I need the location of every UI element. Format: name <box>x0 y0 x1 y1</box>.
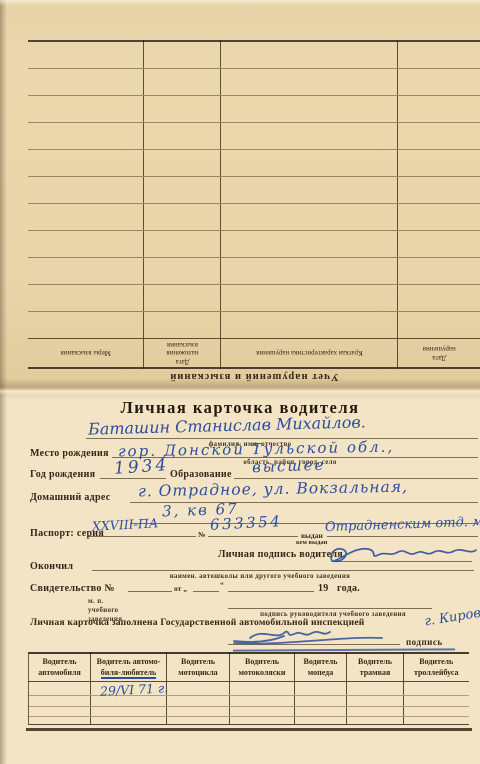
empty-cell <box>221 231 398 258</box>
empty-cell <box>167 696 230 707</box>
empty-cell <box>28 177 144 204</box>
empty-cell <box>29 717 91 725</box>
empty-cell <box>144 96 221 123</box>
empty-cell <box>230 717 295 725</box>
empty-cell <box>28 285 144 312</box>
licenses-header-row: Водительавтомобиля Водитель автомо-биля-… <box>29 653 469 682</box>
empty-cell <box>167 707 230 717</box>
empty-cell <box>404 682 469 696</box>
license-col-line2: биля-любитель <box>101 668 157 679</box>
sign-hint: подпись <box>406 637 443 647</box>
empty-cell <box>167 682 230 696</box>
ruled-line <box>327 536 478 537</box>
ruled-line <box>208 536 298 537</box>
license-col-header: Водительмотоцикла <box>167 653 230 682</box>
license-col-header: Водительавтомобиля <box>29 653 91 682</box>
empty-cell <box>230 696 295 707</box>
empty-row <box>28 204 480 231</box>
passport-issued-handwriting: Отрадненским отд. мил. <box>325 514 480 535</box>
empty-row <box>28 285 480 312</box>
empty-cell <box>221 123 398 150</box>
empty-row <box>28 41 480 69</box>
license-col-header: Водительмопеда <box>295 653 347 682</box>
license-col-line1: Водитель <box>304 657 338 666</box>
empty-row <box>29 696 469 707</box>
pen-stroke <box>233 648 455 651</box>
license-col-header: Водитель автомо-биля-любитель <box>91 653 167 682</box>
license-col-line2: мотоцикла <box>178 668 217 677</box>
empty-cell <box>28 150 144 177</box>
empty-cell <box>28 312 144 339</box>
violations-section: Учет нарушений и взысканий Дата нарушени… <box>0 6 480 384</box>
license-col-line1: Водитель автомо- <box>97 657 161 666</box>
ruled-line <box>228 608 432 609</box>
empty-row <box>28 231 480 258</box>
license-col-line2: мотоколяски <box>238 668 285 677</box>
birthyear-label: Год рождения <box>30 469 95 480</box>
empty-cell <box>144 177 221 204</box>
passport-number-handwriting: 633354 <box>210 512 283 534</box>
certificate-close-quote: “ <box>220 580 224 589</box>
birthplace-label: Место рождения <box>30 448 109 459</box>
empty-cell <box>230 707 295 717</box>
empty-cell <box>221 258 398 285</box>
license-col-header: Водительтроллейбуса <box>404 653 469 682</box>
license-col-header: Водительмотоколяски <box>230 653 295 682</box>
empty-cell <box>398 69 480 96</box>
empty-cell <box>221 312 398 339</box>
empty-cell <box>230 682 295 696</box>
driver-signature <box>326 540 478 568</box>
violations-col-header: Меры взыскания <box>28 339 144 369</box>
empty-cell <box>167 717 230 725</box>
empty-cell <box>28 258 144 285</box>
empty-cell <box>404 707 469 717</box>
license-col-line1: Водитель <box>419 657 453 666</box>
certificate-year-prefix: 19 <box>318 583 329 594</box>
licenses-tbody <box>29 682 469 725</box>
certificate-year-suffix: года. <box>337 583 360 594</box>
ruled-line <box>128 591 172 592</box>
passport-no-label: № <box>198 530 206 539</box>
empty-row <box>28 150 480 177</box>
empty-cell <box>28 41 144 69</box>
violations-tbody <box>28 41 480 339</box>
empty-cell <box>28 96 144 123</box>
empty-cell <box>404 717 469 725</box>
ruled-line <box>193 591 219 592</box>
birthyear-handwriting: 1934 <box>113 455 170 479</box>
empty-cell <box>144 285 221 312</box>
finished-label: Окончил <box>30 561 73 572</box>
license-col-header: Водительтрамвая <box>347 653 404 682</box>
filled-city-handwriting: г. Кировска. <box>423 602 480 630</box>
empty-cell <box>347 682 404 696</box>
license-col-line2: троллейбуса <box>414 668 459 677</box>
empty-cell <box>144 231 221 258</box>
ruled-line <box>100 478 166 479</box>
empty-cell <box>398 258 480 285</box>
empty-cell <box>221 204 398 231</box>
empty-cell <box>398 204 480 231</box>
empty-cell <box>404 696 469 707</box>
empty-cell <box>347 717 404 725</box>
empty-cell <box>221 150 398 177</box>
empty-cell <box>28 204 144 231</box>
empty-row <box>28 312 480 339</box>
empty-cell <box>221 69 398 96</box>
license-col-line1: Водитель <box>358 657 392 666</box>
education-label: Образование <box>170 469 232 480</box>
empty-cell <box>144 123 221 150</box>
empty-cell <box>221 285 398 312</box>
empty-row <box>28 177 480 204</box>
empty-cell <box>295 696 347 707</box>
empty-cell <box>398 312 480 339</box>
license-col-line1: Водитель <box>43 657 77 666</box>
empty-cell <box>221 96 398 123</box>
empty-cell <box>144 258 221 285</box>
address-label: Домашний адрес <box>30 492 110 503</box>
certificate-from-label: от „ <box>174 584 187 593</box>
empty-cell <box>398 231 480 258</box>
empty-cell <box>28 123 144 150</box>
certificate-label: Свидетельство № <box>30 583 115 594</box>
empty-row <box>28 123 480 150</box>
empty-cell <box>398 96 480 123</box>
empty-cell <box>91 707 167 717</box>
licenses-table: Водительавтомобиля Водитель автомо-биля-… <box>28 652 469 725</box>
empty-cell <box>144 69 221 96</box>
passport-series-handwriting: XXVIII-ПА <box>92 515 159 533</box>
empty-row <box>28 69 480 96</box>
empty-cell <box>144 312 221 339</box>
empty-row <box>29 707 469 717</box>
violations-table: Дата нарушения Краткая характеристика на… <box>28 40 480 369</box>
violations-header-row: Дата нарушения Краткая характеристика на… <box>28 339 480 369</box>
empty-cell <box>221 177 398 204</box>
education-handwriting: высшее <box>252 456 326 477</box>
empty-row <box>29 717 469 725</box>
empty-cell <box>144 41 221 69</box>
empty-cell <box>347 696 404 707</box>
empty-row <box>28 96 480 123</box>
violations-col-header: Краткая характеристика нарушения <box>221 339 398 369</box>
license-col-line2: трамвая <box>360 668 391 677</box>
violations-col-header: Дата нарушения <box>398 339 480 369</box>
empty-cell <box>221 41 398 69</box>
empty-cell <box>144 204 221 231</box>
license-col-line1: Водитель <box>245 657 279 666</box>
ruled-line <box>88 536 196 537</box>
empty-cell <box>398 285 480 312</box>
empty-cell <box>91 717 167 725</box>
empty-cell <box>347 707 404 717</box>
empty-cell <box>29 707 91 717</box>
violations-col-header: Дата наложения взыскания <box>144 339 221 369</box>
empty-cell <box>295 707 347 717</box>
empty-row <box>28 258 480 285</box>
passport-issuer-hint: кем выдан <box>296 539 327 546</box>
ruled-line <box>92 570 474 571</box>
empty-cell <box>398 150 480 177</box>
empty-cell <box>29 682 91 696</box>
finished-hint: наимен. автошколы или другого учебного з… <box>130 572 390 581</box>
empty-cell <box>295 717 347 725</box>
license-col-line2: мопеда <box>308 668 333 677</box>
empty-cell <box>144 150 221 177</box>
ruled-line <box>228 591 314 592</box>
empty-cell <box>398 41 480 69</box>
empty-cell <box>28 231 144 258</box>
table-bottom-rule <box>26 728 472 731</box>
fold-crease <box>0 378 480 400</box>
license-col-line2: автомобиля <box>38 668 81 677</box>
inspector-signature <box>232 622 402 648</box>
empty-cell <box>398 123 480 150</box>
empty-cell <box>29 696 91 707</box>
empty-cell <box>295 682 347 696</box>
empty-cell <box>398 177 480 204</box>
empty-row <box>29 682 469 696</box>
address-handwriting-1: г. Отрадное, ул. Вокзальная, <box>138 478 408 501</box>
license-col-line1: Водитель <box>181 657 215 666</box>
driver-sign-label: Личная подпись водителя <box>218 549 343 560</box>
empty-cell <box>28 69 144 96</box>
